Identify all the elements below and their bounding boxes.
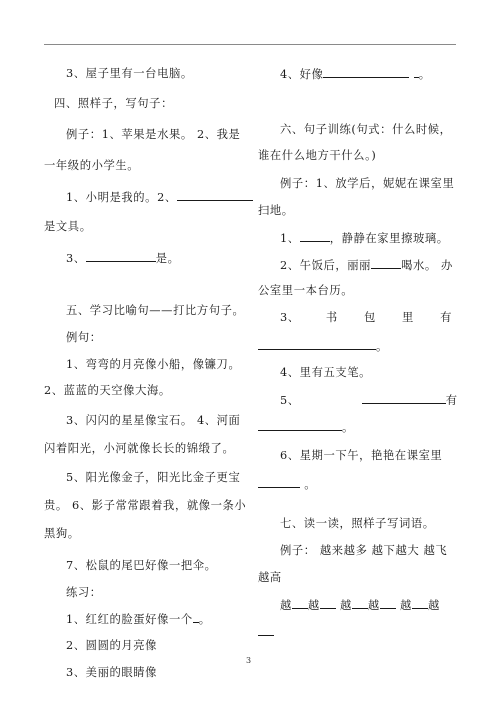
- exercise-4-2-cont: 是文具。: [44, 219, 246, 234]
- exercise-6-6: 6、星期一下午，艳艳在课室里: [258, 448, 460, 463]
- page-number: 3: [246, 656, 251, 665]
- simile-4-cont: 闪着阳光，小河就像长长的锦缎了。: [44, 441, 246, 456]
- practice-1-text: 1、红红的脸蛋好像一个: [66, 613, 193, 626]
- answer-blank[interactable]: [300, 230, 330, 242]
- exercise-6-6-cont: 。: [258, 476, 460, 492]
- exercise-6-3-w4: 有: [440, 310, 452, 325]
- practice-3: 3、美丽的眼睛像: [44, 665, 246, 680]
- section-5-heading: 五、学习比喻句——打比方句子。: [44, 303, 246, 318]
- exercise-6-3-end: 。: [376, 340, 388, 353]
- simile-7: 7、松鼠的尾巴好像一把伞。: [44, 558, 246, 573]
- exercise-6-2-cont: 公室里一本台历。: [258, 283, 460, 298]
- exercise-6-3-w0: 3、: [280, 310, 300, 325]
- section-7-heading: 七、读一读，照样子写词语。: [258, 516, 460, 531]
- answer-blank[interactable]: [258, 624, 274, 636]
- section-7-example-cont: 越高: [258, 570, 460, 585]
- section-6-example-cont: 扫地。: [258, 203, 460, 218]
- answer-blank[interactable]: [258, 419, 342, 431]
- exercise-6-3: 3、 书 包 里 有: [258, 310, 460, 325]
- sentence-3-computer: 3、屋子里有一台电脑。: [44, 66, 246, 81]
- simile-1: 1、弯弯的月亮像小船，像镰刀。: [44, 357, 246, 372]
- exercise-6-4: 4、里有五支笔。: [258, 365, 460, 380]
- header-rule: [44, 44, 456, 45]
- exercise-6-5-end: 。: [342, 421, 354, 434]
- yue-char: 越: [280, 599, 292, 612]
- exercise-6-3-cont: 。: [258, 338, 460, 354]
- answer-blank[interactable]: [380, 597, 396, 609]
- simile-5: 5、阳光像金子，阳光比金子更宝: [44, 470, 246, 485]
- exercise-6-1-num: 1、: [280, 232, 300, 245]
- answer-blank[interactable]: [323, 66, 409, 78]
- answer-blank[interactable]: [362, 392, 446, 404]
- simile-5-6: 贵。 6、影子常常跟着我，就像一条小: [44, 498, 246, 513]
- answer-blank[interactable]: [320, 597, 336, 609]
- simile-6-cont: 黑狗。: [44, 526, 246, 541]
- section-4-example-cont: 一年级的小学生。: [44, 158, 246, 173]
- yue-char: 越: [368, 599, 380, 612]
- section-4-heading: 四、照样子，写句子：: [44, 96, 246, 111]
- answer-blank[interactable]: [258, 476, 300, 488]
- exercise-6-3-w1: 书: [326, 310, 338, 325]
- exercise-6-5-you: 有: [446, 394, 458, 407]
- exercise-4-1-text: 1、小明是我的。2、: [66, 191, 177, 204]
- section-6-example: 例子：1、放学后，妮妮在课室里: [258, 176, 460, 191]
- exercise-6-3-w3: 里: [402, 310, 414, 325]
- practice-label: 练习：: [44, 585, 246, 600]
- exercise-6-5-cont: 。: [258, 419, 460, 435]
- section-4-example: 例子：1、苹果是水果。 2、我是: [44, 127, 246, 142]
- yue-char: 越: [308, 599, 320, 612]
- section-7-example: 例子： 越来越多 越下越大 越飞: [258, 543, 460, 558]
- exercise-6-1-text: ，静静在家里擦玻璃。: [330, 232, 449, 245]
- exercise-6-5-num: 5、: [280, 394, 300, 407]
- exercise-6-2-end: 喝水。 办: [401, 259, 453, 272]
- yue-char: 越: [428, 599, 440, 612]
- sentence-4-haoxiang: 4、好像 。: [258, 66, 460, 82]
- exercise-6-6-end: 。: [304, 478, 316, 491]
- sentence-4-end: 。: [419, 68, 431, 81]
- sentence-4-text: 4、好像: [280, 68, 323, 81]
- exercise-6-5: 5、有: [258, 392, 460, 408]
- answer-blank[interactable]: [292, 597, 308, 609]
- yue-char: 越: [340, 599, 352, 612]
- answer-blank[interactable]: [177, 189, 253, 201]
- exercise-6-2-text: 2、午饭后，丽丽: [280, 259, 371, 272]
- answer-blank[interactable]: [412, 597, 428, 609]
- section-7-exercise-cont: [258, 624, 460, 640]
- simile-2: 2、蓝蓝的天空像大海。: [44, 383, 246, 398]
- answer-blank[interactable]: [371, 257, 401, 269]
- simile-3-4: 3、闪闪的星星像宝石。 4、河面: [44, 413, 246, 428]
- answer-blank[interactable]: [86, 250, 156, 262]
- yue-char: 越: [400, 599, 412, 612]
- section-6-heading: 六、句子训练(句式：什么时候，: [258, 122, 460, 137]
- practice-1-end: 。: [199, 613, 211, 626]
- exercise-4-3: 3、是。: [44, 250, 246, 266]
- exercise-6-2: 2、午饭后，丽丽喝水。 办: [258, 257, 460, 273]
- exercise-6-3-w2: 包: [364, 310, 376, 325]
- section-6-heading-cont: 谁在什么地方干什么。): [258, 148, 460, 163]
- answer-blank[interactable]: [352, 597, 368, 609]
- section-5-example-label: 例句：: [44, 330, 246, 345]
- section-7-exercise: 越越 越越 越越: [258, 597, 460, 613]
- practice-2: 2、圆圆的月亮像: [44, 638, 246, 653]
- exercise-4-3-num: 3、: [66, 252, 86, 265]
- practice-1: 1、红红的脸蛋好像一个。: [44, 611, 246, 627]
- exercise-4-1-2: 1、小明是我的。2、: [44, 189, 246, 205]
- exercise-6-1: 1、，静静在家里擦玻璃。: [258, 230, 460, 246]
- answer-blank[interactable]: [258, 338, 376, 350]
- exercise-4-3-end: 是。: [156, 252, 180, 265]
